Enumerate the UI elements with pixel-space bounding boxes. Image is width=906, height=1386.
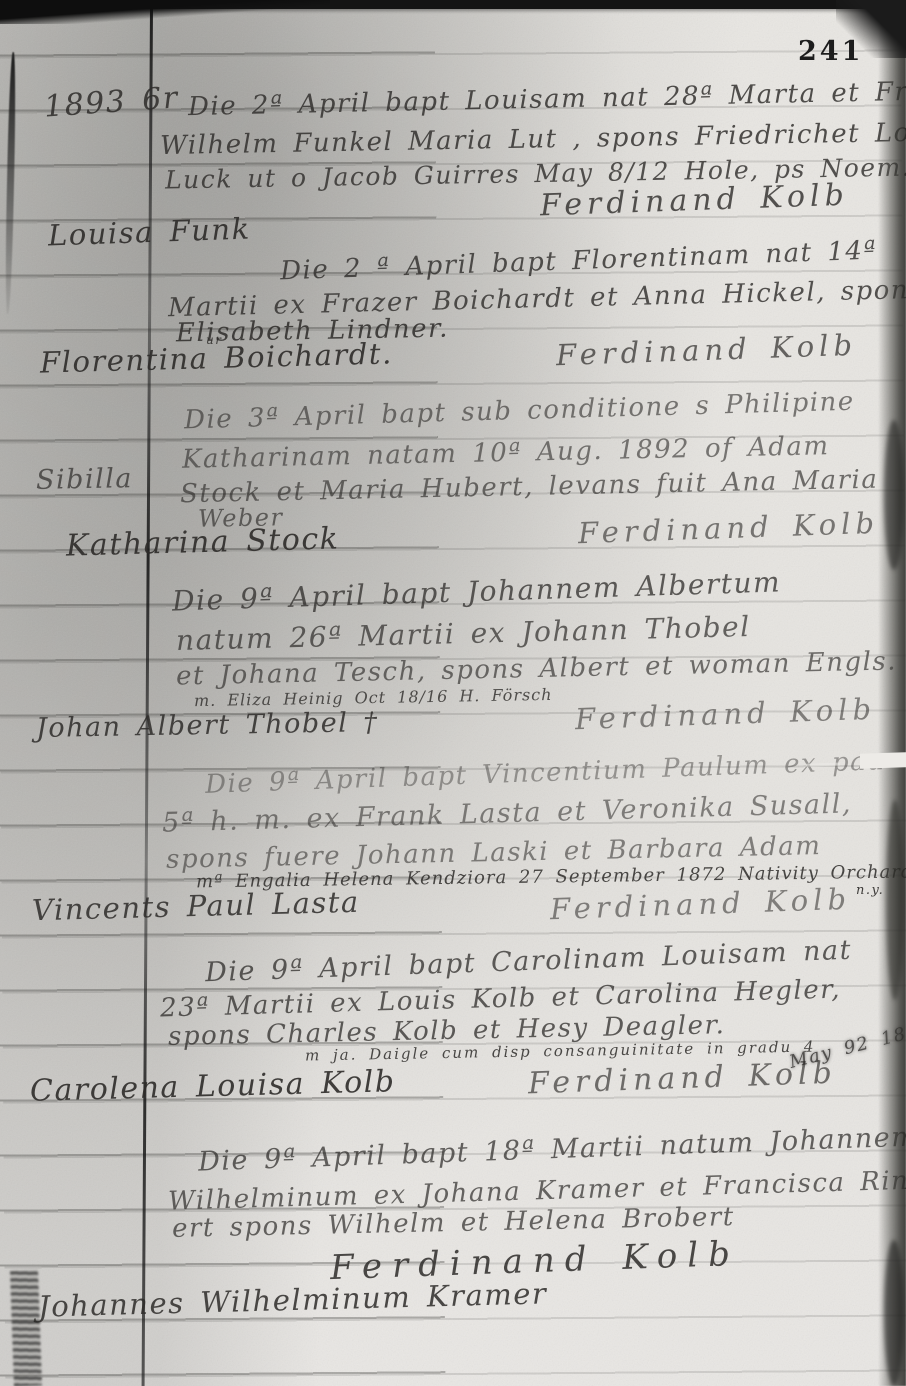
priest-signature: Ferdinand Kolb [528,1059,838,1100]
priest-signature: Ferdinand Kolb [556,331,858,370]
margin-name-extra: Sibilla [36,465,133,494]
margin-name: Johan Albert Thobel † [36,709,379,742]
right-edge-blot-2 [886,800,904,1000]
left-edge-streak-top [4,52,16,314]
margin-name: Louisa Funk [48,214,251,250]
priest-signature: Ferdinand Kolb [575,695,877,734]
right-edge-blot-3 [884,1240,904,1386]
margin-name: Katharina Stock [66,524,340,561]
page-number: 241 [798,36,863,67]
margin-name-superscript: ur [206,334,222,346]
margin-name: Carolena Louisa Kolb [30,1067,396,1107]
margin-column-rule [142,6,153,1386]
interlinear-note-extra: n.y. [856,884,884,897]
entry-line: Die 9ª April bapt Johannem Albertum [172,568,782,615]
entry-line: Wilhelm Funkel Maria Lut , spons Friedri… [160,119,906,159]
margin-name: Johannes Wilhelminum Kramer [38,1279,548,1321]
year-label: 1893 6r [43,83,180,122]
interlinear-note: m. Eliza Heinig Oct 18/16 H. Försch [194,687,553,709]
register-page: 241 1893 6r Die 2ª April bapt Louisam na… [0,0,906,1386]
entry-line: et Johana Tesch, spons Albert et woman E… [176,648,897,689]
priest-signature: Ferdinand Kolb [578,509,880,548]
entry-line: Die 3ª April bapt sub conditione s Phili… [184,389,855,434]
entry-line: Die 2ª April bapt Louisam nat 28ª Marta … [188,78,906,120]
top-edge-shadow [0,0,906,9]
entry-line: natum 26ª Martii ex Johann Thobel [176,613,751,655]
margin-name: Vincents Paul Lasta [32,888,360,926]
entry-line: Die 9ª April bapt 18ª Martii natum Johan… [198,1123,906,1175]
left-edge-streak-bottom [10,1270,42,1386]
entry-line: Martii ex Frazer Boichardt et Anna Hicke… [168,277,906,321]
right-edge-blot-1 [884,420,904,570]
priest-signature: Ferdinand Kolb [540,181,850,222]
priest-signature: Ferdinand Kolb [550,885,852,924]
entry-line: Stock et Maria Hubert, levans fuit Ana M… [180,467,879,508]
top-left-edge-shadow [0,0,330,24]
